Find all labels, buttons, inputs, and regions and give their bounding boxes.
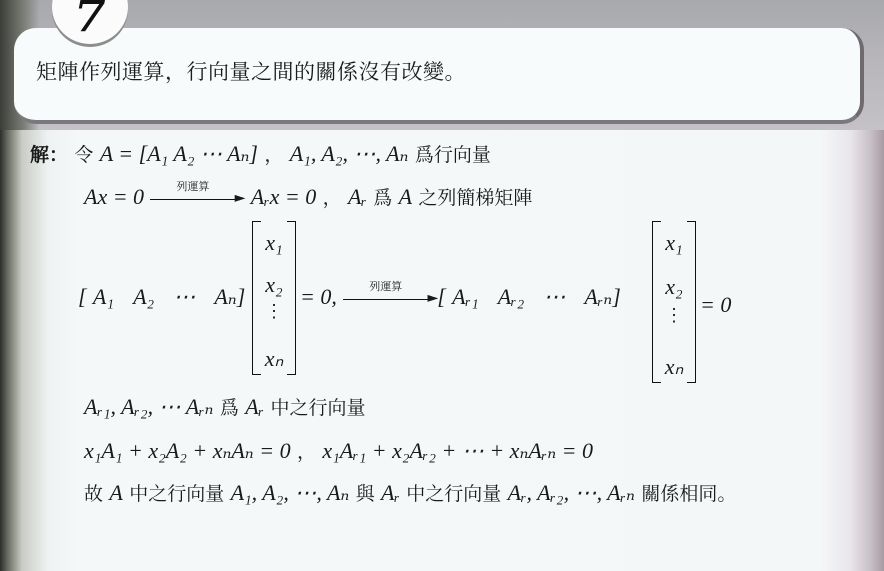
column-vector-note: 中之行向量	[270, 397, 365, 419]
equation-ax: Ax = 0	[84, 184, 144, 209]
row-operation-label: 列運算	[176, 181, 209, 192]
vector-entry: ⋮	[252, 308, 296, 314]
equals-zero: = 0	[700, 292, 731, 317]
solution-line-4: Aᵣ₁, Aᵣ₂, ⋯ Aᵣₙ 爲 Aᵣ 中之行向量	[84, 396, 365, 418]
let-word: 令	[74, 144, 93, 166]
conclusion-text: 關係相同。	[641, 483, 736, 505]
wei-word: 爲	[373, 187, 392, 209]
equals-zero: = 0,	[300, 284, 337, 309]
theorem-title: 矩陣作列運算，行向量之間的關係沒有改變。	[36, 56, 466, 86]
vector-entry: x₂	[652, 274, 696, 300]
matrix-entry: Aᵣₙ	[584, 284, 612, 309]
matrix-definition: A = [A₁ A₂ ⋯ Aₙ]	[100, 141, 258, 166]
and-word: 與	[356, 483, 375, 505]
solution-label: 解：	[30, 144, 68, 166]
solution-line-3-middle: = 0, 列運算 ► [ Aᵣ₁ Aᵣ₂ ⋯ Aᵣₙ]	[300, 286, 621, 309]
solution-line-5: x₁A₁ + x₂A₂ + xₙAₙ = 0 ， x₁Aᵣ₁ + x₂Aᵣ₂ +…	[84, 440, 593, 462]
vector-entry: ⋮	[652, 312, 696, 318]
row-operation-label: 列運算	[369, 281, 402, 292]
a-symbol: A	[109, 480, 122, 505]
row-operation-arrow: 列運算 ►	[150, 189, 244, 209]
therefore-word: 故	[84, 483, 103, 505]
ar-symbol: Aᵣ	[245, 394, 264, 419]
row-operation-arrow: 列運算 ►	[343, 289, 437, 309]
separator: ，	[297, 441, 316, 463]
linear-combination-reduced: x₁Aᵣ₁ + x₂Aᵣ₂ + ⋯ + xₙAᵣₙ = 0	[322, 438, 593, 463]
reduced-column-vectors: Aᵣ₁, Aᵣ₂, ⋯ Aᵣₙ	[84, 394, 213, 419]
solution-line-2: Ax = 0 列運算 ► Aᵣx = 0 ， Aᵣ 爲 A 之列簡梯矩陣	[84, 186, 532, 209]
solution-line-6: 故 A 中之行向量 A₁, A₂, ⋯, Aₙ 與 Aᵣ 中之行向量 Aᵣ, A…	[84, 482, 736, 504]
vector-entry: x₁	[652, 230, 696, 256]
equals-zero-right: = 0	[700, 294, 731, 316]
column-vector-right: x₁ x₂ ⋮ xₙ	[652, 222, 696, 382]
linear-combination-original: x₁A₁ + x₂A₂ + xₙAₙ = 0	[84, 438, 291, 463]
matrix-entry: ⋯	[543, 284, 565, 309]
ar-symbol: Aᵣ	[381, 480, 400, 505]
matrix-entry: A₁	[93, 284, 114, 309]
matrix-entry: Aᵣ₁	[452, 284, 479, 309]
matrix-entry: A₂	[133, 284, 154, 309]
solution-line-3-left: [ A₁ A₂ ⋯ Aₙ]	[78, 286, 245, 308]
wei-word: 爲	[220, 397, 239, 419]
reduced-vectors: Aᵣ, Aᵣ₂, ⋯, Aᵣₙ	[508, 480, 635, 505]
problem-number: 7	[52, 0, 128, 38]
a-symbol: A	[399, 184, 412, 209]
separator: ，	[323, 187, 342, 209]
matrix-entry: Aᵣ₂	[498, 284, 525, 309]
vector-entry: x₁	[252, 230, 296, 256]
column-vector-left: x₁ x₂ ⋮ xₙ	[252, 222, 296, 374]
column-vector-text: 中之行向量	[406, 483, 501, 505]
textbook-page: 7 矩陣作列運算，行向量之間的關係沒有改變。 解： 令 A = [A₁ A₂ ⋯…	[0, 0, 884, 571]
line1-suffix: 爲行向量	[415, 144, 491, 166]
solution-line-1: 解： 令 A = [A₁ A₂ ⋯ Aₙ] ， A₁, A₂, ⋯, Aₙ 爲行…	[30, 143, 491, 165]
original-vectors: A₁, A₂, ⋯, Aₙ	[231, 480, 350, 505]
matrix-entry: ⋯	[173, 284, 195, 309]
column-vector-text: 中之行向量	[129, 483, 224, 505]
problem-number-badge: 7	[52, 0, 128, 44]
rref-note: 之列簡梯矩陣	[418, 187, 532, 209]
ar-symbol: Aᵣ	[348, 184, 367, 209]
theorem-box: 矩陣作列運算，行向量之間的關係沒有改變。	[14, 28, 864, 124]
equation-arx: Aᵣx = 0	[251, 184, 316, 209]
matrix-entry: Aₙ	[214, 284, 236, 309]
vector-entry: xₙ	[252, 346, 296, 372]
column-vectors: A₁, A₂, ⋯, Aₙ	[290, 141, 409, 166]
vector-entry: xₙ	[652, 354, 696, 380]
vector-entry: x₂	[252, 272, 296, 298]
